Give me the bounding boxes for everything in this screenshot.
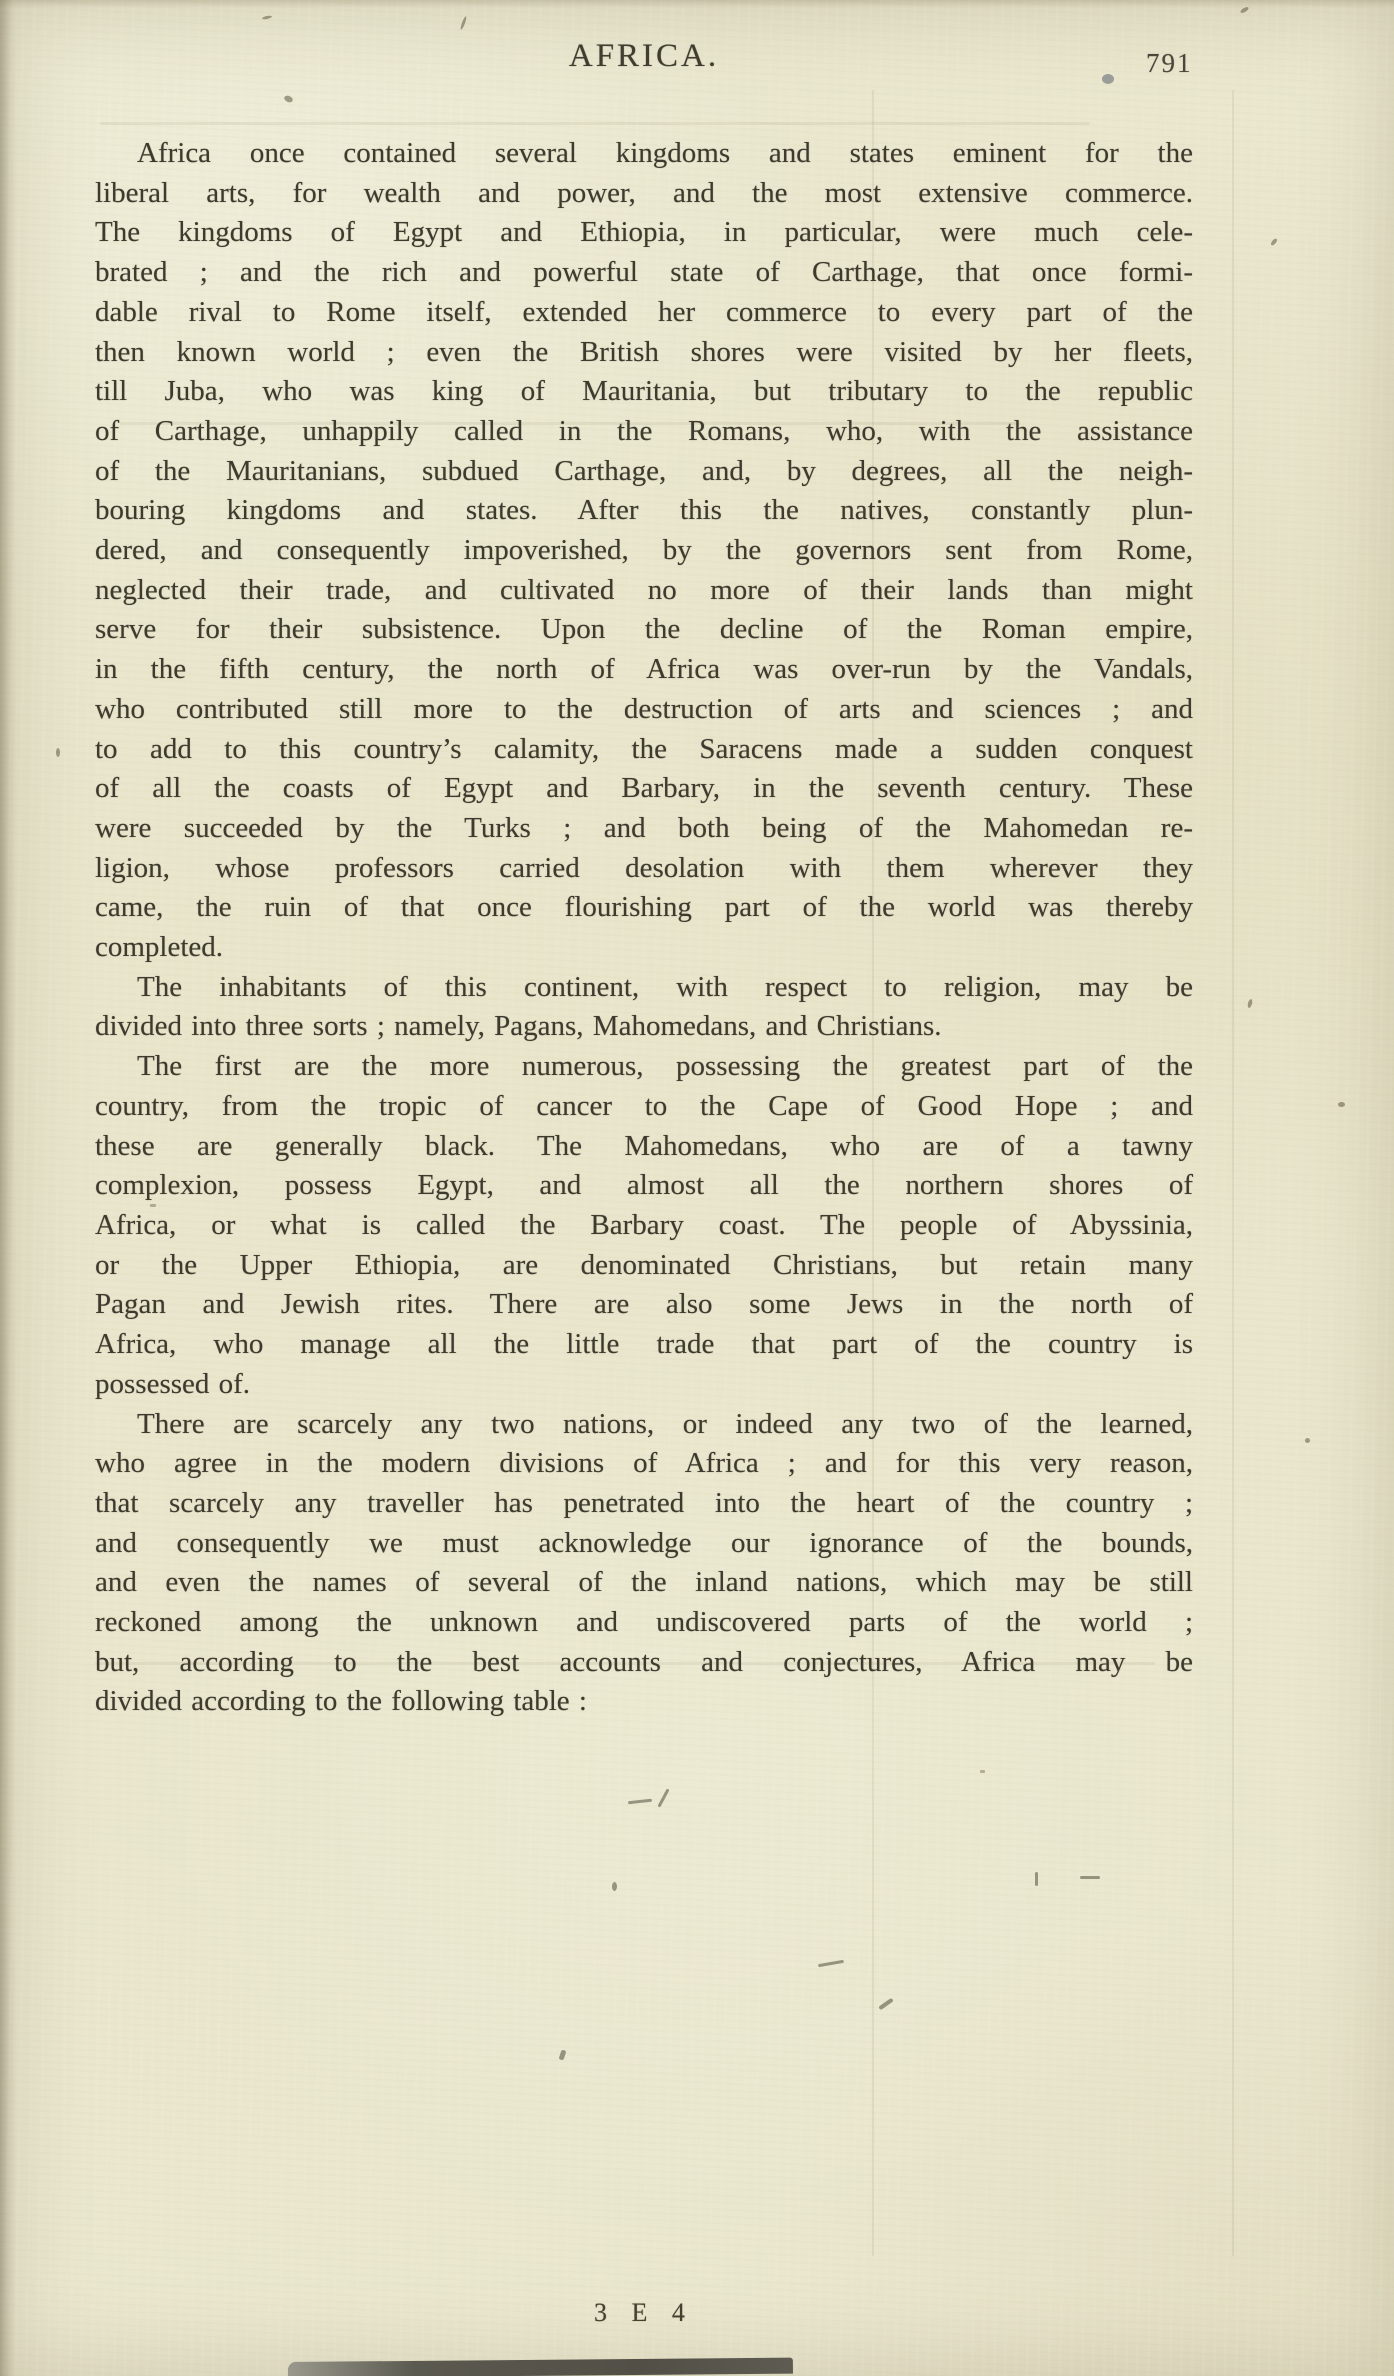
text-line: of all the coasts of Egypt and Barbary, … <box>95 769 1193 809</box>
page-number: 791 <box>1146 48 1193 79</box>
ghost-rule <box>100 122 1090 125</box>
text-line: divided according to the following table… <box>95 1682 1193 1722</box>
text-line: The inhabitants of this continent, with … <box>95 968 1193 1008</box>
text-line: to add to this country’s calamity, the S… <box>95 730 1193 770</box>
text-line: who agree in the modern divisions of Afr… <box>95 1444 1193 1484</box>
text-line: then known world ; even the British shor… <box>95 333 1193 373</box>
text-line: till Juba, who was king of Mauritania, b… <box>95 372 1193 412</box>
text-line: complexion, possess Egypt, and almost al… <box>95 1166 1193 1206</box>
scan-shadow-band <box>288 2358 793 2376</box>
paper-speckle <box>283 94 294 103</box>
text-line: country, from the tropic of cancer to th… <box>95 1087 1193 1127</box>
paper-crease <box>1232 90 1234 2256</box>
stray-pen-mark <box>628 1799 652 1804</box>
paper-speckle <box>1270 238 1278 247</box>
text-line: of the Mauritanians, subdued Carthage, a… <box>95 452 1193 492</box>
body-text: Africa once contained several kingdoms a… <box>95 134 1193 1722</box>
signature-mark: 3 E 4 <box>95 2298 1193 2328</box>
text-line: and even the names of several of the inl… <box>95 1563 1193 1603</box>
text-line: came, the ruin of that once flourishing … <box>95 888 1193 928</box>
stray-pen-mark <box>1080 1876 1100 1879</box>
paper-speckle <box>1247 999 1253 1009</box>
stray-pen-mark <box>818 1960 844 1967</box>
text-line: bouring kingdoms and states. After this … <box>95 491 1193 531</box>
text-line: completed. <box>95 928 1193 968</box>
stray-pen-mark <box>878 1998 893 2010</box>
stray-pen-mark <box>559 2049 567 2060</box>
text-line: Pagan and Jewish rites. There are also s… <box>95 1285 1193 1325</box>
text-line: ligion, whose professors carried desolat… <box>95 849 1193 889</box>
stray-pen-mark <box>657 1788 669 1807</box>
text-line: neglected their trade, and cultivated no… <box>95 571 1193 611</box>
running-header-title: AFRICA. <box>95 38 1193 75</box>
text-line: The first are the more numerous, possess… <box>95 1047 1193 1087</box>
text-line: and consequently we must acknowledge our… <box>95 1524 1193 1564</box>
paper-speckle <box>1338 1102 1345 1107</box>
text-line: these are generally black. The Mahomedan… <box>95 1127 1193 1167</box>
text-line: There are scarcely any two nations, or i… <box>95 1405 1193 1445</box>
text-line: reckoned among the unknown and undiscove… <box>95 1603 1193 1643</box>
text-line: in the fifth century, the north of Afric… <box>95 650 1193 690</box>
paper-speckle <box>1305 1438 1310 1443</box>
text-line: divided into three sorts ; namely, Pagan… <box>95 1007 1193 1047</box>
text-line: brated ; and the rich and powerful state… <box>95 253 1193 293</box>
text-line: Africa once contained several kingdoms a… <box>95 134 1193 174</box>
text-line: serve for their subsistence. Upon the de… <box>95 610 1193 650</box>
paper-speckle <box>1102 74 1114 84</box>
text-line: who contributed still more to the destru… <box>95 690 1193 730</box>
paper-speckle <box>56 748 60 757</box>
text-line: Africa, who manage all the little trade … <box>95 1325 1193 1365</box>
text-line: or the Upper Ethiopia, are denominated C… <box>95 1246 1193 1286</box>
text-line: liberal arts, for wealth and power, and … <box>95 174 1193 214</box>
scanned-book-page: AFRICA. 791 Africa once contained severa… <box>0 0 1394 2376</box>
stray-pen-mark <box>1035 1872 1038 1886</box>
text-line: dered, and consequently impoverished, by… <box>95 531 1193 571</box>
stray-pen-mark <box>612 1882 617 1891</box>
page-left-edge-shadow <box>0 0 16 2376</box>
text-line: of Carthage, unhappily called in the Rom… <box>95 412 1193 452</box>
text-line: were succeeded by the Turks ; and both b… <box>95 809 1193 849</box>
text-line: The kingdoms of Egypt and Ethiopia, in p… <box>95 213 1193 253</box>
text-line: that scarcely any traveller has penetrat… <box>95 1484 1193 1524</box>
paper-speckle <box>980 1770 985 1773</box>
text-line: dable rival to Rome itself, extended her… <box>95 293 1193 333</box>
text-line: possessed of. <box>95 1365 1193 1405</box>
paper-speckle <box>262 15 272 20</box>
text-line: Africa, or what is called the Barbary co… <box>95 1206 1193 1246</box>
paper-speckle <box>460 16 468 30</box>
text-line: but, according to the best accounts and … <box>95 1643 1193 1683</box>
paper-speckle <box>150 1204 156 1207</box>
page-top-edge-shadow <box>0 0 1394 8</box>
